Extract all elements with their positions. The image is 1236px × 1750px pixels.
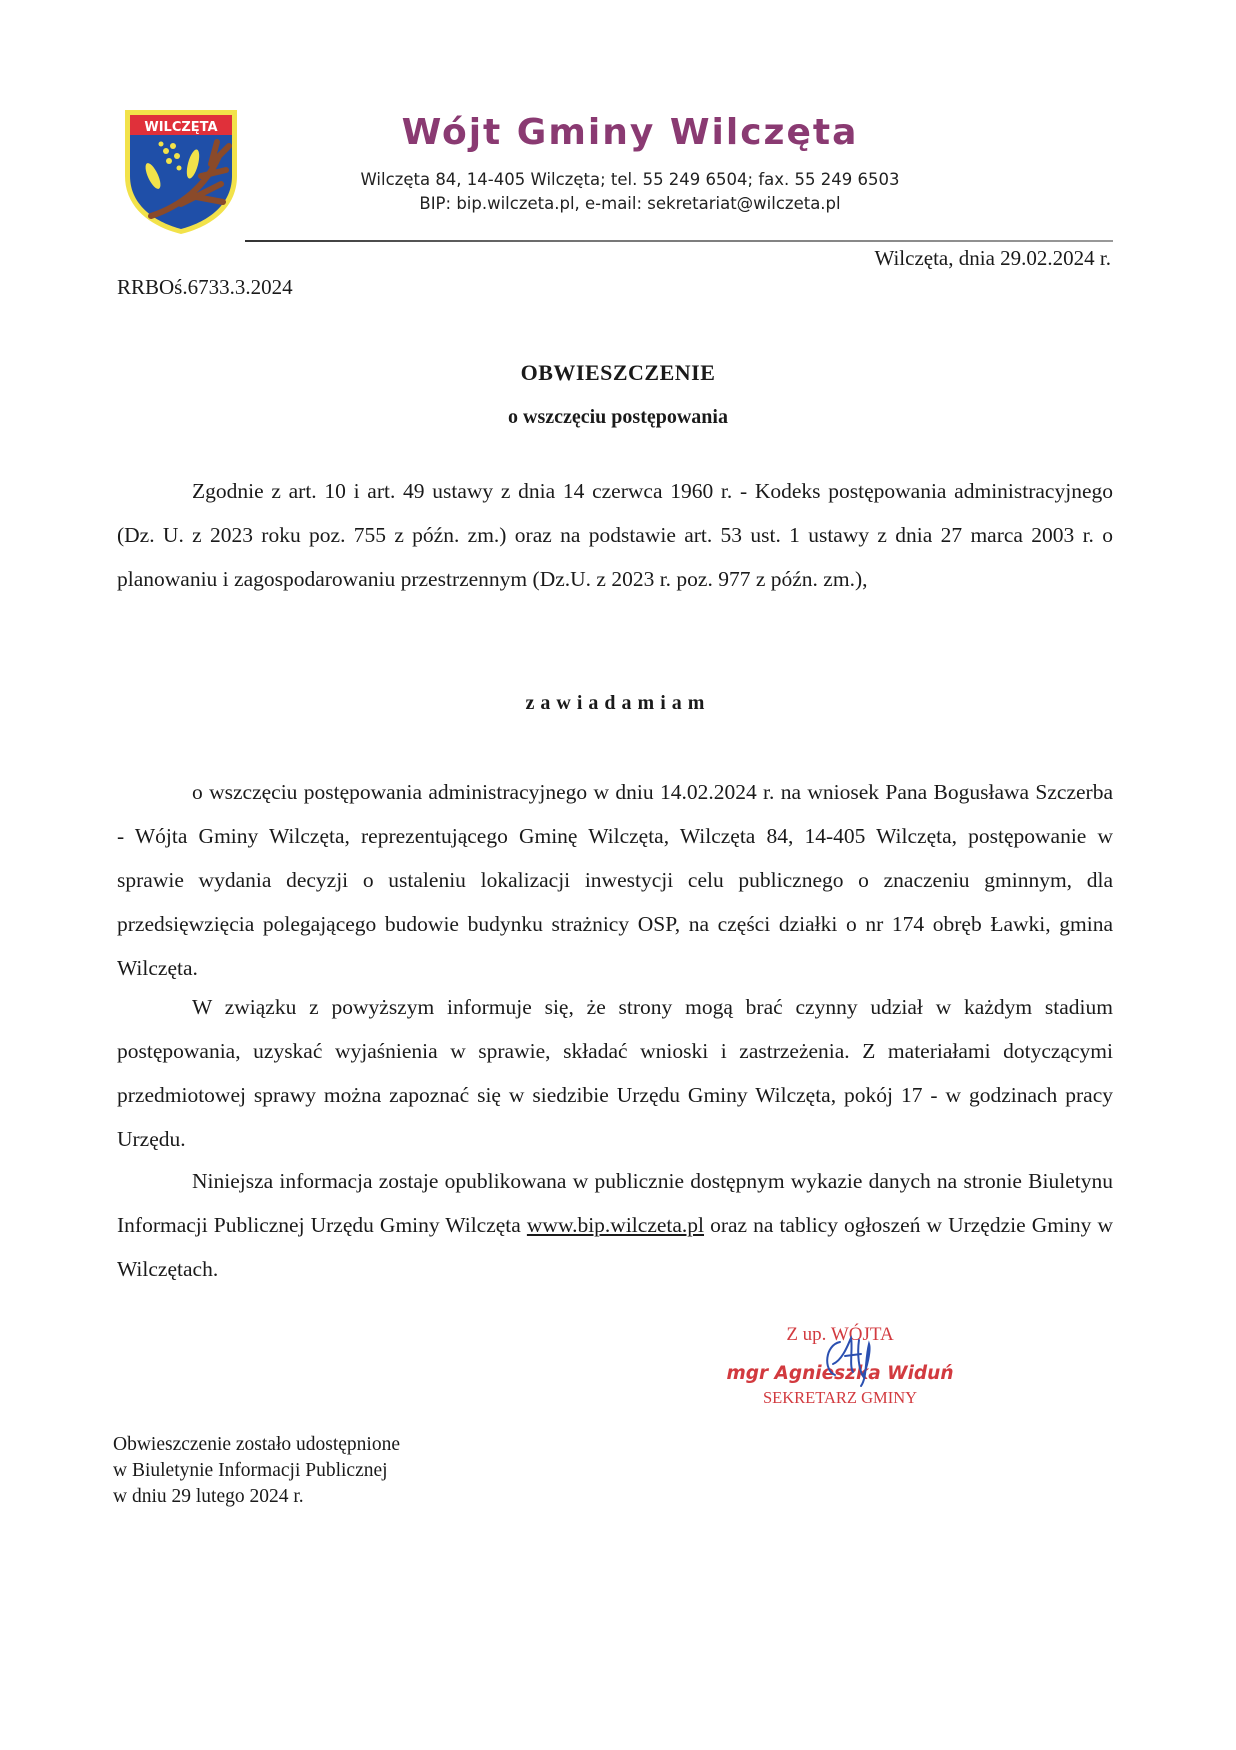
office-title: Wójt Gminy Wilczęta (300, 112, 960, 153)
svg-text:WILCZĘTA: WILCZĘTA (144, 120, 217, 135)
office-address: Wilczęta 84, 14-405 Wilczęta; tel. 55 24… (300, 170, 960, 189)
publication-paragraph: Niniejsza informacja zostaje opublikowan… (117, 1159, 1113, 1291)
legal-basis-paragraph: Zgodnie z art. 10 i art. 49 ustawy z dni… (117, 469, 1113, 601)
bip-note-line: w Biuletynie Informacji Publicznej (113, 1458, 400, 1484)
rights-paragraph: W związku z powyższym informuje się, że … (117, 985, 1113, 1161)
handwritten-signature-icon (815, 1330, 885, 1390)
bip-note-line: w dniu 29 lutego 2024 r. (113, 1484, 400, 1510)
document-date: Wilczęta, dnia 29.02.2024 r. (874, 246, 1111, 271)
document-title: OBWIESZCZENIE (0, 360, 1236, 386)
document-subtitle: o wszczęciu postępowania (0, 406, 1236, 429)
bip-note-line: Obwieszczenie zostało udostępnione (113, 1432, 400, 1458)
bip-link[interactable]: www.bip.wilczeta.pl (527, 1213, 704, 1237)
decree-heading: zawiadamiam (0, 692, 1236, 715)
office-contact: BIP: bip.wilczeta.pl, e-mail: sekretaria… (300, 194, 960, 213)
header-divider (245, 240, 1113, 242)
signatory-role: SEKRETARZ GMINY (700, 1388, 980, 1408)
reference-number: RRBOś.6733.3.2024 (117, 275, 293, 300)
bip-publication-note: Obwieszczenie zostało udostępnione w Biu… (113, 1432, 400, 1510)
municipality-crest-icon: WILCZĘTA (121, 106, 241, 236)
notice-paragraph: o wszczęciu postępowania administracyjne… (117, 770, 1113, 990)
